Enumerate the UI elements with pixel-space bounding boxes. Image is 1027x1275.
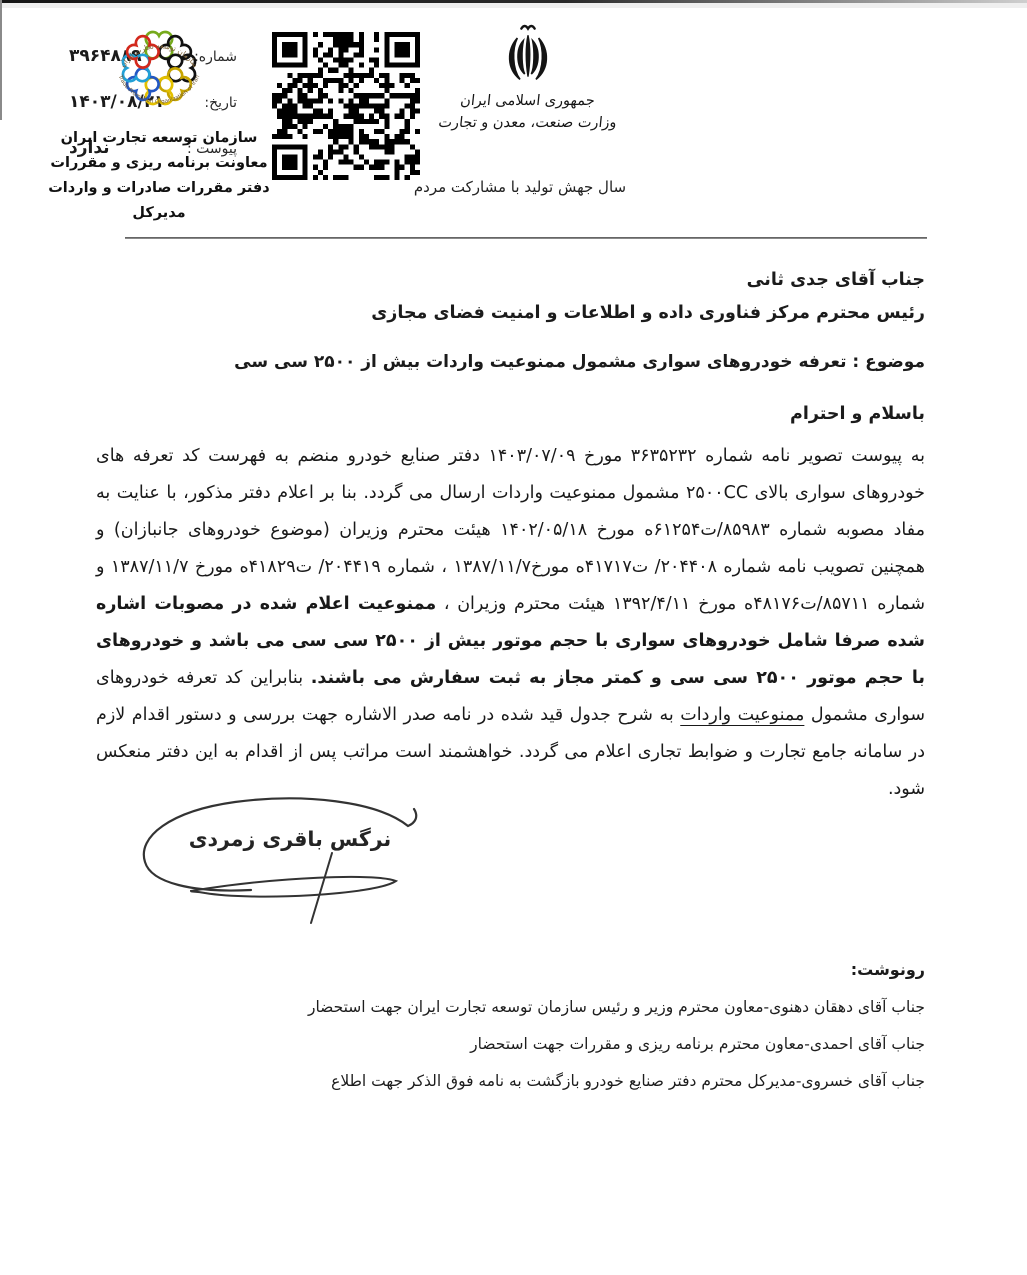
org-role: مدیرکل xyxy=(44,201,274,226)
recipient-title: رئیس محترم مرکز فناوری داده و اطلاعات و … xyxy=(98,297,925,330)
scan-edge-left xyxy=(0,0,2,120)
signature-block: نرگس باقری زمردی xyxy=(125,793,425,933)
org-name: سازمان توسعه تجارت ایران xyxy=(44,126,274,151)
recipient-block: جناب آقای جدی ثانی رئیس محترم مرکز فناور… xyxy=(98,264,925,330)
cc-block: رونوشت: جناب آقای دهقان دهنوی-معاون محتر… xyxy=(98,960,925,1100)
emblem-country-title: جمهوری اسلامی ایران xyxy=(419,90,636,112)
national-emblem-icon xyxy=(499,22,557,86)
header-divider xyxy=(125,237,927,239)
cc-title: رونوشت: xyxy=(98,960,925,979)
subject-line: موضوع : تعرفه خودروهای سواری مشمول ممنوع… xyxy=(98,352,925,372)
tpo-header: سازمان توسعه تجارت ایران Trade Promotion… xyxy=(44,14,274,226)
recipient-name: جناب آقای جدی ثانی xyxy=(98,264,925,297)
cc-item: جناب آقای خسروی-مدیرکل محترم دفتر صنایع … xyxy=(98,1063,925,1100)
cc-item: جناب آقای دهقان دهنوی-معاون محترم وزیر و… xyxy=(98,989,925,1026)
year-slogan: سال جهش تولید با مشارکت مردم xyxy=(405,178,635,196)
emblem-ministry-title: وزارت صنعت، معدن و تجارت xyxy=(419,112,636,134)
org-deputy: معاونت برنامه ریزی و مقررات xyxy=(44,151,274,176)
scan-edge-shadow xyxy=(0,3,1027,8)
signatory-name: نرگس باقری زمردی xyxy=(155,827,425,851)
qr-code xyxy=(272,32,420,180)
letter-body: به پیوست تصویر نامه شماره ۳۶۳۵۲۳۲ مورخ ۱… xyxy=(96,438,925,808)
cc-item: جناب آقای احمدی-معاون محترم برنامه ریزی … xyxy=(98,1026,925,1063)
tpo-logo-icon: سازمان توسعه تجارت ایران Trade Promotion… xyxy=(105,14,213,122)
letter-page: شماره: ۳۹۶۴۸۸۹ تاریخ: ۱۴۰۳/۰۸/۲۱ پیوست :… xyxy=(0,0,1027,1275)
ministry-header: جمهوری اسلامی ایران وزارت صنعت، معدن و ت… xyxy=(420,22,635,134)
org-office: دفتر مقررات صادرات و واردات xyxy=(44,176,274,201)
salutation: باسلام و احترام xyxy=(790,404,925,424)
signature-scribble-icon xyxy=(125,793,425,933)
